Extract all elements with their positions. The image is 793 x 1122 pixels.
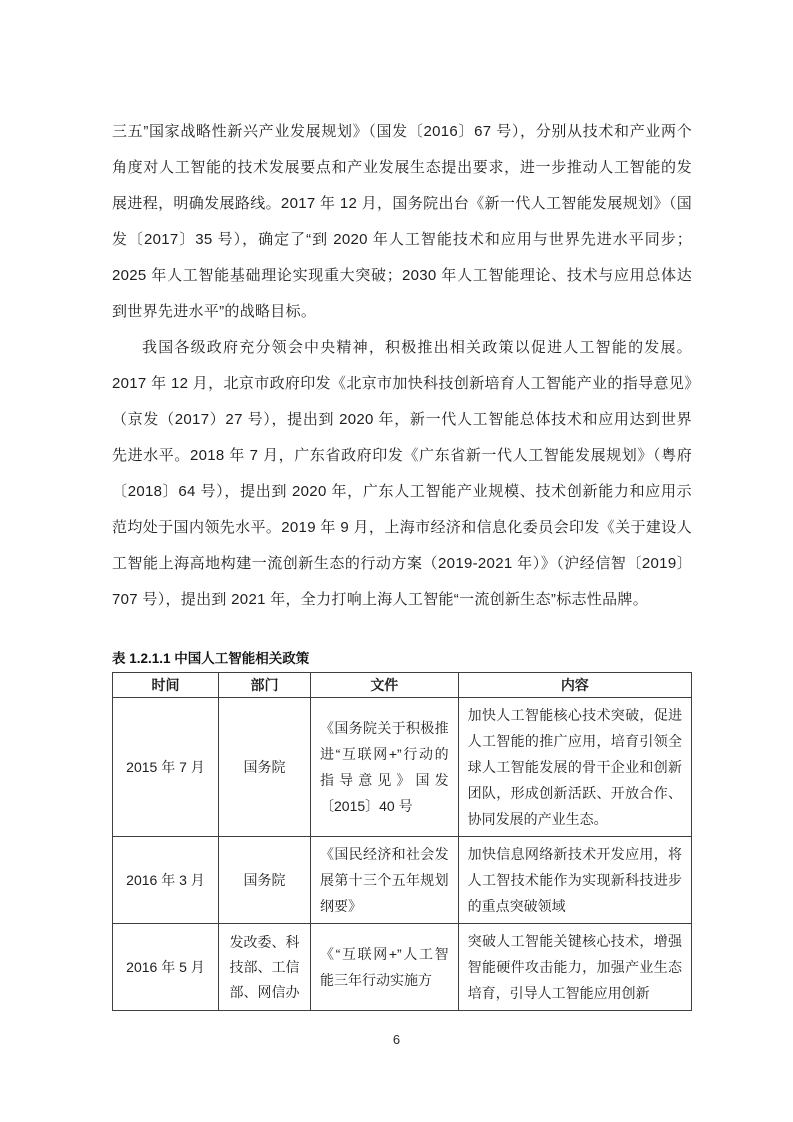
table-caption: 表 1.2.1.1 中国人工智能相关政策 (112, 647, 692, 667)
header-dept: 部门 (218, 673, 310, 698)
cell-dept: 发改委、科技部、工信部、网信办 (218, 924, 310, 1011)
cell-dept: 国务院 (218, 698, 310, 837)
cell-time: 2016 年 5 月 (113, 924, 219, 1011)
table-row: 2016 年 3 月 国务院 《国民经济和社会发展第十三个五年规划纲要》 加快信… (113, 837, 692, 924)
table-row: 2016 年 5 月 发改委、科技部、工信部、网信办 《“互联网+”人工智能三年… (113, 924, 692, 1011)
table-header-row: 时间 部门 文件 内容 (113, 673, 692, 698)
cell-doc: 《国民经济和社会发展第十三个五年规划纲要》 (311, 837, 459, 924)
header-content: 内容 (458, 673, 691, 698)
page-content: 三五”国家战略性新兴产业发展规划》（国发〔2016〕67 号），分别从技术和产业… (112, 114, 692, 1011)
cell-content: 加快信息网络新技术开发应用，将人工智技术能作为实现新科技进步的重点突破领域 (458, 837, 691, 924)
header-doc: 文件 (311, 673, 459, 698)
table-row: 2015 年 7 月 国务院 《国务院关于积极推进“互联网+”行动的指导意见》国… (113, 698, 692, 837)
header-time: 时间 (113, 673, 219, 698)
document-page: 三五”国家战略性新兴产业发展规划》（国发〔2016〕67 号），分别从技术和产业… (0, 0, 793, 1122)
cell-content: 突破人工智能关键核心技术，增强智能硬件攻击能力，加强产业生态培育，引导人工智能应… (458, 924, 691, 1011)
page-number: 6 (0, 1032, 793, 1047)
cell-time: 2015 年 7 月 (113, 698, 219, 837)
cell-doc: 《国务院关于积极推进“互联网+”行动的指导意见》国发〔2015〕40 号 (311, 698, 459, 837)
cell-time: 2016 年 3 月 (113, 837, 219, 924)
policy-table: 时间 部门 文件 内容 2015 年 7 月 国务院 《国务院关于积极推进“互联… (112, 672, 692, 1011)
body-paragraph-1: 三五”国家战略性新兴产业发展规划》（国发〔2016〕67 号），分别从技术和产业… (112, 114, 692, 330)
cell-dept: 国务院 (218, 837, 310, 924)
cell-doc: 《“互联网+”人工智能三年行动实施方 (311, 924, 459, 1011)
cell-content: 加快人工智能核心技术突破，促进人工智能的推广应用，培育引领全球人工智能发展的骨干… (458, 698, 691, 837)
body-paragraph-2: 我国各级政府充分领会中央精神，积极推出相关政策以促进人工智能的发展。2017 年… (112, 330, 692, 618)
